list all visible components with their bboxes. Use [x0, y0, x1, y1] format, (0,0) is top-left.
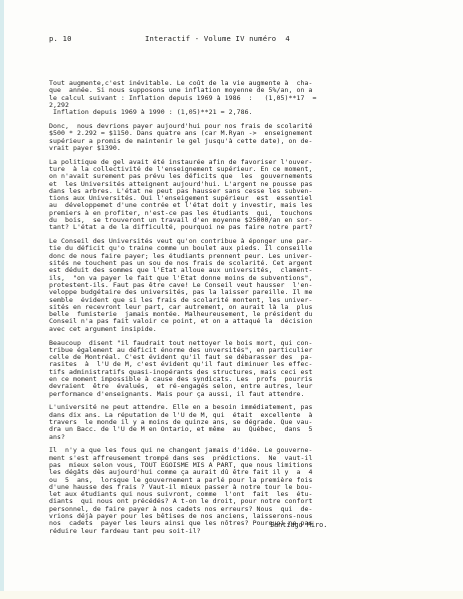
- text-line: ans?: [49, 434, 419, 441]
- text-line: vrait payer $1390.: [49, 145, 419, 152]
- paragraph-tuition: Donc, nous devrions payer aujourd'hui po…: [49, 123, 419, 152]
- text-line: dra un Bacc. de l'U de M en Ontario, et …: [49, 426, 419, 433]
- paragraph-dead-wood: Beaucoup disent "il faudrait tout nettoy…: [49, 340, 419, 398]
- paragraph-reputation: L'université ne peut attendre. Elle en a…: [49, 404, 419, 440]
- paragraph-inflation: Tout augmente,c'est inévitable. Le coût …: [49, 80, 419, 116]
- scan-bottom-tint: [0, 591, 463, 599]
- text-line: performance d'enseignants. Mais pour ça …: [49, 391, 419, 398]
- page-header: p. 10Interactif - Volume IV numéro 4: [49, 34, 290, 43]
- article-body: Tout augmente,c'est inévitable. Le coût …: [49, 80, 419, 541]
- text-line: Inflation depuis 1969 à 1990 : (1,05)**2…: [49, 109, 419, 116]
- publication-title: Interactif - Volume IV numéro 4: [145, 34, 290, 43]
- scan-edge: [0, 0, 4, 599]
- paragraph-conclusion: Il n'y a que les fous qui ne changent ja…: [49, 447, 419, 535]
- text-line: tant? L'état a de la difficulté, pourquo…: [49, 224, 419, 231]
- page-number: p. 10: [49, 34, 145, 43]
- text-line: avec cet argument insipide.: [49, 326, 419, 333]
- text-line: réduire leur fardeau tant peu soit-il?: [49, 528, 419, 535]
- author-signature: Santiago Miro.: [270, 521, 327, 529]
- paragraph-freeze-policy: La politique de gel avait été instaurée …: [49, 159, 419, 232]
- paragraph-council: Le Conseil des Universités veut qu'on co…: [49, 238, 419, 333]
- text-line: le calcul suivant : Inflation depuis 196…: [49, 95, 419, 102]
